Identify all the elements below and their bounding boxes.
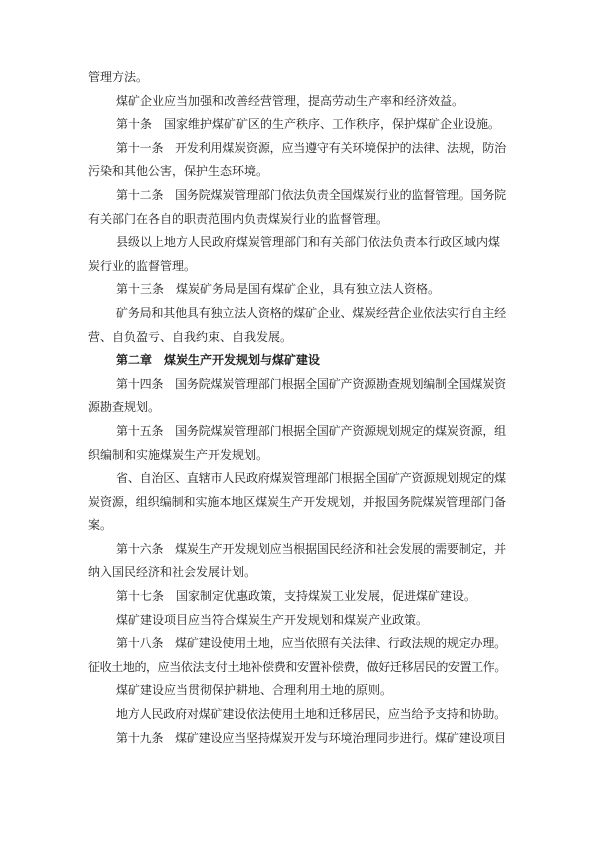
text-line: 第十八条 煤矿建设使用土地，应当依照有关法律、行政法规的规定办理。 [88,632,506,656]
chapter-heading: 第二章 煤炭生产开发规划与煤矿建设 [88,349,506,373]
document-page: 管理方法。煤矿企业应当加强和改善经营管理，提高劳动生产率和经济效益。第十条 国家… [0,0,595,841]
text-line: 煤矿企业应当加强和改善经营管理，提高劳动生产率和经济效益。 [88,90,506,114]
text-line: 矿务局和其他具有独立法人资格的煤矿企业、煤炭经营企业依法实行自主经 [88,302,506,326]
text-line: 省、自治区、直辖市人民政府煤炭管理部门根据全国矿产资源规划规定的煤 [88,467,506,491]
text-line: 织编制和实施煤炭生产开发规划。 [88,444,506,468]
text-line: 煤矿建设项目应当符合煤炭生产开发规划和煤炭产业政策。 [88,609,506,633]
text-line: 案。 [88,514,506,538]
text-line: 有关部门在各自的职责范围内负责煤炭行业的监督管理。 [88,208,506,232]
text-line: 地方人民政府对煤矿建设依法使用土地和迁移居民，应当给予支持和协助。 [88,703,506,727]
text-line: 第十一条 开发利用煤炭资源，应当遵守有关环境保护的法律、法规，防治 [88,137,506,161]
text-line: 第十九条 煤矿建设应当坚持煤炭开发与环境治理同步进行。煤矿建设项目 [88,727,506,751]
text-line: 炭行业的监督管理。 [88,255,506,279]
text-line: 第十六条 煤炭生产开发规划应当根据国民经济和社会发展的需要制定，并 [88,538,506,562]
text-line: 第十七条 国家制定优惠政策，支持煤炭工业发展，促进煤矿建设。 [88,585,506,609]
text-line: 征收土地的，应当依法支付土地补偿费和安置补偿费，做好迁移居民的安置工作。 [88,656,506,680]
text-line: 纳入国民经济和社会发展计划。 [88,561,506,585]
text-line: 第十三条 煤炭矿务局是国有煤矿企业，具有独立法人资格。 [88,278,506,302]
text-line: 第十条 国家维护煤矿矿区的生产秩序、工作秩序，保护煤矿企业设施。 [88,113,506,137]
text-line: 营、自负盈亏、自我约束、自我发展。 [88,326,506,350]
text-line: 县级以上地方人民政府煤炭管理部门和有关部门依法负责本行政区域内煤 [88,231,506,255]
text-line: 煤矿建设应当贯彻保护耕地、合理利用土地的原则。 [88,679,506,703]
text-line: 炭资源，组织编制和实施本地区煤炭生产开发规划，并报国务院煤炭管理部门备 [88,491,506,515]
text-line: 源勘查规划。 [88,396,506,420]
text-line: 管理方法。 [88,66,506,90]
text-line: 第十二条 国务院煤炭管理部门依法负责全国煤炭行业的监督管理。国务院 [88,184,506,208]
document-text-block: 管理方法。煤矿企业应当加强和改善经营管理，提高劳动生产率和经济效益。第十条 国家… [88,66,506,750]
text-line: 第十五条 国务院煤炭管理部门根据全国矿产资源规划规定的煤炭资源，组 [88,420,506,444]
text-line: 污染和其他公害，保护生态环境。 [88,160,506,184]
text-line: 第十四条 国务院煤炭管理部门根据全国矿产资源勘查规划编制全国煤炭资 [88,373,506,397]
